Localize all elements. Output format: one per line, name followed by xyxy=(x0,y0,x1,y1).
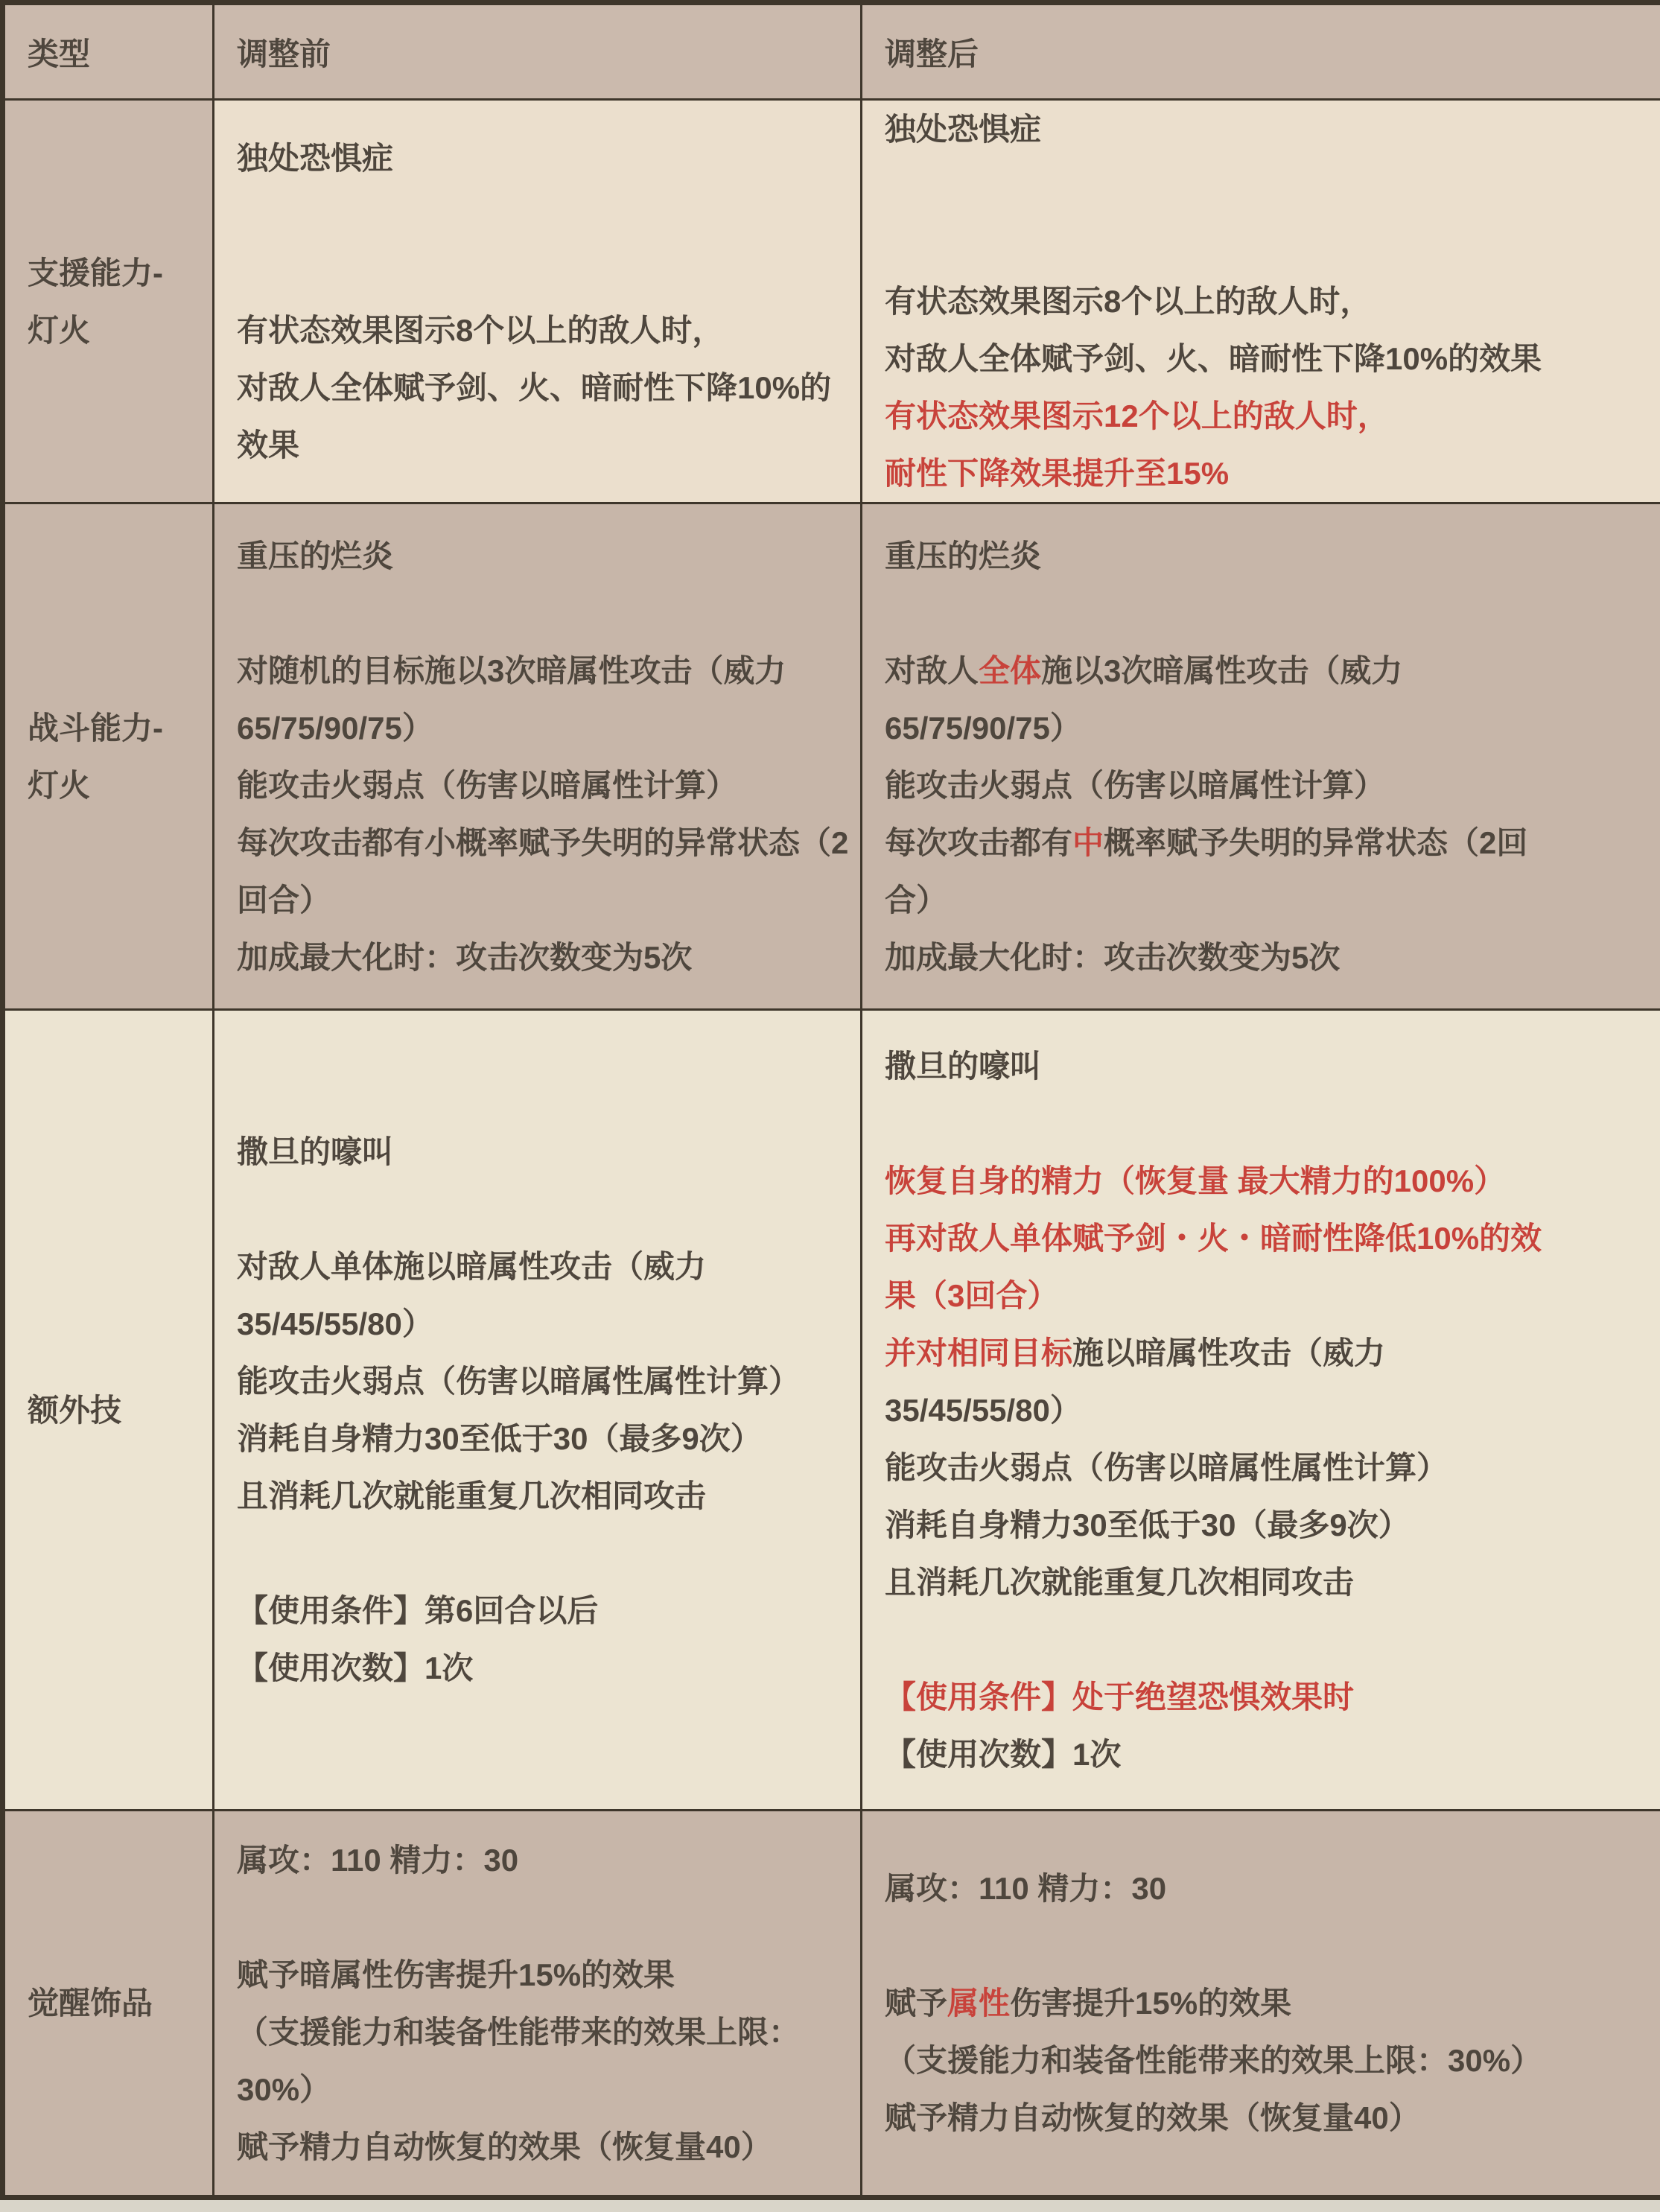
text-segment: （支援能力和装备性能带来的效果上限：30%） xyxy=(885,2043,1542,2078)
text-segment: 灯火 xyxy=(28,768,90,803)
text-segment: 撒旦的嚎叫 xyxy=(237,1134,393,1169)
text-segment: 35/45/55/80） xyxy=(885,1393,1081,1428)
text-line xyxy=(885,585,1645,642)
after-cell-awakening-accessory: 属攻：110 精力：30赋予属性伤害提升15%的效果（支援能力和装备性能带来的效… xyxy=(862,1811,1660,2198)
text-line: （支援能力和装备性能带来的效果上限：30%） xyxy=(885,2032,1645,2089)
text-line: 赋予精力自动恢复的效果（恢复量40） xyxy=(885,2089,1645,2146)
changed-text-segment: 全体 xyxy=(979,653,1041,688)
text-line: 效果 xyxy=(237,416,845,474)
text-segment: 重压的烂炎 xyxy=(237,538,393,573)
text-line: 独处恐惧症 xyxy=(237,130,845,187)
text-line: 【使用次数】1次 xyxy=(885,1726,1645,1783)
before-cell-extra-skill: 撒旦的嚎叫对敌人单体施以暗属性攻击（威力35/45/55/80）能攻击火弱点（伤… xyxy=(214,1010,862,1811)
text-segment: 赋予精力自动恢复的效果（恢复量40） xyxy=(885,2100,1420,2135)
text-line: 撒旦的嚎叫 xyxy=(237,1123,845,1180)
text-line xyxy=(885,1611,1645,1668)
column-header-type: 类型 xyxy=(3,3,214,100)
text-segment: 独处恐惧症 xyxy=(237,141,393,176)
text-segment: 【使用条件】第6回合以后 xyxy=(237,1593,598,1628)
text-line: 【使用条件】处于绝望恐惧效果时 xyxy=(885,1668,1645,1726)
table-body: 支援能力-灯火独处恐惧症有状态效果图示8个以上的敌人时，对敌人全体赋予剑、火、暗… xyxy=(3,100,1660,2198)
text-segment: 合） xyxy=(885,883,947,918)
text-segment: 65/75/90/75） xyxy=(885,711,1081,746)
text-segment: 能攻击火弱点（伤害以暗属性属性计算） xyxy=(237,1364,800,1399)
text-segment: 对敌人全体赋予剑、火、暗耐性下降10%的 xyxy=(237,370,831,405)
changed-text-segment: 并对相同目标 xyxy=(885,1335,1072,1370)
text-line: 65/75/90/75） xyxy=(885,699,1645,757)
skill-adjustment-comparison-table: 类型 调整前 调整后 支援能力-灯火独处恐惧症有状态效果图示8个以上的敌人时，对… xyxy=(0,0,1660,2200)
text-line xyxy=(237,1180,845,1238)
text-line: 30%） xyxy=(237,2061,845,2118)
text-segment: 回合） xyxy=(237,883,331,918)
changed-text-segment: 属性 xyxy=(947,1986,1010,2021)
text-line: 有状态效果图示8个以上的敌人时， xyxy=(885,273,1645,330)
text-line: 【使用次数】1次 xyxy=(237,1639,845,1697)
row-type-label-extra-skill: 额外技 xyxy=(3,1010,214,1811)
text-segment: 效果 xyxy=(237,428,299,463)
text-line xyxy=(237,1889,845,1946)
text-line: 有状态效果图示12个以上的敌人时， xyxy=(885,387,1645,445)
text-segment: 能攻击火弱点（伤害以暗属性属性计算） xyxy=(885,1450,1448,1485)
text-segment: 伤害提升15%的效果 xyxy=(1010,1986,1291,2021)
text-line: 每次攻击都有小概率赋予失明的异常状态（2 xyxy=(237,814,845,871)
changed-text-segment: 耐性下降效果提升至15% xyxy=(885,456,1229,491)
text-line: 支援能力- xyxy=(28,244,197,302)
text-segment: 每次攻击都有 xyxy=(885,825,1072,860)
text-line: 每次攻击都有中概率赋予失明的异常状态（2回 xyxy=(885,814,1645,871)
text-line: 消耗自身精力30至低于30（最多9次） xyxy=(237,1410,845,1467)
text-line: 属攻：110 精力：30 xyxy=(237,1831,845,1889)
text-segment: 30%） xyxy=(237,2072,331,2107)
changed-text-segment: 【使用条件】处于绝望恐惧效果时 xyxy=(885,1679,1354,1714)
text-line: 消耗自身精力30至低于30（最多9次） xyxy=(885,1496,1645,1554)
text-line xyxy=(237,585,845,642)
text-segment: 消耗自身精力30至低于30（最多9次） xyxy=(237,1421,762,1456)
text-segment: 灯火 xyxy=(28,313,90,348)
text-segment: 概率赋予失明的异常状态（2回 xyxy=(1104,825,1527,860)
row-type-label-battle-ability-lamp: 战斗能力-灯火 xyxy=(3,503,214,1010)
after-cell-extra-skill: 撒旦的嚎叫恢复自身的精力（恢复量 最大精力的100%）再对敌人单体赋予剑・火・暗… xyxy=(862,1010,1660,1811)
text-segment: 赋予暗属性伤害提升15%的效果 xyxy=(237,1957,675,1992)
text-segment: 加成最大化时：攻击次数变为5次 xyxy=(885,940,1340,975)
text-line: 加成最大化时：攻击次数变为5次 xyxy=(237,929,845,986)
header-row: 类型 调整前 调整后 xyxy=(3,3,1660,100)
table-row-battle-ability-lamp: 战斗能力-灯火重压的烂炎对随机的目标施以3次暗属性攻击（威力65/75/90/7… xyxy=(3,503,1660,1010)
text-line: 能攻击火弱点（伤害以暗属性计算） xyxy=(885,757,1645,814)
text-segment: 且消耗几次就能重复几次相同攻击 xyxy=(237,1478,706,1513)
text-segment: 属攻：110 精力：30 xyxy=(237,1843,518,1878)
after-cell-support-ability-lamp: 独处恐惧症有状态效果图示8个以上的敌人时，对敌人全体赋予剑、火、暗耐性下降10%… xyxy=(862,100,1660,503)
text-segment: 对敌人全体赋予剑、火、暗耐性下降10%的效果 xyxy=(885,341,1542,376)
text-line: 赋予属性伤害提升15%的效果 xyxy=(885,1974,1645,2032)
table-row-extra-skill: 额外技撒旦的嚎叫对敌人单体施以暗属性攻击（威力35/45/55/80）能攻击火弱… xyxy=(3,1010,1660,1811)
before-cell-battle-ability-lamp: 重压的烂炎对随机的目标施以3次暗属性攻击（威力65/75/90/75）能攻击火弱… xyxy=(214,503,862,1010)
text-line xyxy=(237,1525,845,1582)
text-line xyxy=(237,244,845,302)
text-line: 重压的烂炎 xyxy=(885,527,1645,585)
text-segment: 赋予 xyxy=(885,1986,947,2021)
text-line: 灯火 xyxy=(28,757,197,814)
text-line: 【使用条件】第6回合以后 xyxy=(237,1582,845,1639)
text-line: 对敌人全体赋予剑、火、暗耐性下降10%的效果 xyxy=(885,330,1645,387)
text-segment: 对敌人 xyxy=(885,653,979,688)
changed-text-segment: 果（3回合） xyxy=(885,1278,1058,1313)
text-line xyxy=(885,215,1645,273)
after-cell-battle-ability-lamp: 重压的烂炎对敌人全体施以3次暗属性攻击（威力65/75/90/75）能攻击火弱点… xyxy=(862,503,1660,1010)
text-segment: 重压的烂炎 xyxy=(885,538,1041,573)
text-line: 对随机的目标施以3次暗属性攻击（威力 xyxy=(237,642,845,699)
text-line: 且消耗几次就能重复几次相同攻击 xyxy=(885,1554,1645,1611)
text-segment: 属攻：110 精力：30 xyxy=(885,1871,1166,1906)
text-line: 且消耗几次就能重复几次相同攻击 xyxy=(237,1467,845,1525)
text-line: 对敌人全体赋予剑、火、暗耐性下降10%的 xyxy=(237,359,845,416)
text-line: 灯火 xyxy=(28,302,197,359)
text-line: 能攻击火弱点（伤害以暗属性属性计算） xyxy=(237,1353,845,1410)
text-segment: 【使用次数】1次 xyxy=(237,1650,473,1685)
text-segment: 能攻击火弱点（伤害以暗属性计算） xyxy=(885,768,1385,803)
text-segment: 觉醒饰品 xyxy=(28,1986,153,2021)
text-line: 战斗能力- xyxy=(28,699,197,757)
text-segment: 消耗自身精力30至低于30（最多9次） xyxy=(885,1507,1410,1542)
text-segment: 支援能力- xyxy=(28,255,163,290)
table-row-support-ability-lamp: 支援能力-灯火独处恐惧症有状态效果图示8个以上的敌人时，对敌人全体赋予剑、火、暗… xyxy=(3,100,1660,503)
text-line: 回合） xyxy=(237,871,845,929)
text-line: 加成最大化时：攻击次数变为5次 xyxy=(885,929,1645,986)
text-line xyxy=(885,1917,1645,1974)
text-line: 35/45/55/80） xyxy=(885,1382,1645,1439)
column-header-after: 调整后 xyxy=(862,3,1660,100)
text-segment: 每次攻击都有小概率赋予失明的异常状态（2 xyxy=(237,825,848,860)
text-line: 重压的烂炎 xyxy=(237,527,845,585)
text-segment: 撒旦的嚎叫 xyxy=(885,1049,1041,1084)
text-segment: 加成最大化时：攻击次数变为5次 xyxy=(237,940,692,975)
text-line: 耐性下降效果提升至15% xyxy=(885,445,1645,502)
text-segment: 独处恐惧症 xyxy=(885,112,1041,147)
text-line: 对敌人全体施以3次暗属性攻击（威力 xyxy=(885,642,1645,699)
text-line: 赋予暗属性伤害提升15%的效果 xyxy=(237,1946,845,2003)
text-segment: 35/45/55/80） xyxy=(237,1306,433,1341)
changed-text-segment: 中 xyxy=(1072,825,1104,860)
text-segment: 有状态效果图示8个以上的敌人时， xyxy=(885,284,1371,319)
text-line: 果（3回合） xyxy=(885,1267,1645,1324)
text-segment: 对敌人单体施以暗属性攻击（威力 xyxy=(237,1249,706,1284)
row-type-label-support-ability-lamp: 支援能力-灯火 xyxy=(3,100,214,503)
text-line: 65/75/90/75） xyxy=(237,699,845,757)
text-line: 合） xyxy=(885,871,1645,929)
changed-text-segment: 再对敌人单体赋予剑・火・暗耐性降低10%的效 xyxy=(885,1221,1542,1256)
column-header-before: 调整前 xyxy=(214,3,862,100)
text-segment: 战斗能力- xyxy=(28,711,163,746)
text-segment: 施以暗属性攻击（威力 xyxy=(1072,1335,1385,1370)
text-line: 能攻击火弱点（伤害以暗属性属性计算） xyxy=(885,1439,1645,1496)
text-line: 属攻：110 精力：30 xyxy=(885,1860,1645,1917)
text-segment: 且消耗几次就能重复几次相同攻击 xyxy=(885,1565,1354,1600)
text-line: 额外技 xyxy=(28,1382,197,1439)
changed-text-segment: 恢复自身的精力（恢复量 最大精力的100%） xyxy=(885,1163,1505,1198)
text-line: 再对敌人单体赋予剑・火・暗耐性降低10%的效 xyxy=(885,1210,1645,1267)
text-segment: 对随机的目标施以3次暗属性攻击（威力 xyxy=(237,653,786,688)
text-segment: 赋予精力自动恢复的效果（恢复量40） xyxy=(237,2129,772,2164)
table-row-awakening-accessory: 觉醒饰品属攻：110 精力：30赋予暗属性伤害提升15%的效果（支援能力和装备性… xyxy=(3,1811,1660,2198)
text-segment: 额外技 xyxy=(28,1393,121,1428)
before-cell-support-ability-lamp: 独处恐惧症有状态效果图示8个以上的敌人时，对敌人全体赋予剑、火、暗耐性下降10%… xyxy=(214,100,862,503)
text-line: 35/45/55/80） xyxy=(237,1295,845,1353)
text-segment: 65/75/90/75） xyxy=(237,711,433,746)
text-segment: （支援能力和装备性能带来的效果上限： xyxy=(237,2015,800,2050)
changed-text-segment: 有状态效果图示12个以上的敌人时， xyxy=(885,398,1389,433)
text-line xyxy=(885,158,1645,215)
text-line: 独处恐惧症 xyxy=(885,101,1645,158)
text-line: 赋予精力自动恢复的效果（恢复量40） xyxy=(237,2118,845,2176)
text-line: 能攻击火弱点（伤害以暗属性计算） xyxy=(237,757,845,814)
text-line: （支援能力和装备性能带来的效果上限： xyxy=(237,2003,845,2061)
text-line: 有状态效果图示8个以上的敌人时， xyxy=(237,302,845,359)
text-line: 觉醒饰品 xyxy=(28,1974,197,2032)
text-segment: 能攻击火弱点（伤害以暗属性计算） xyxy=(237,768,737,803)
text-line xyxy=(885,1095,1645,1152)
before-cell-awakening-accessory: 属攻：110 精力：30赋予暗属性伤害提升15%的效果（支援能力和装备性能带来的… xyxy=(214,1811,862,2198)
text-line xyxy=(237,187,845,244)
text-line: 恢复自身的精力（恢复量 最大精力的100%） xyxy=(885,1152,1645,1210)
text-line: 撒旦的嚎叫 xyxy=(885,1037,1645,1095)
text-segment: 有状态效果图示8个以上的敌人时， xyxy=(237,313,723,348)
row-type-label-awakening-accessory: 觉醒饰品 xyxy=(3,1811,214,2198)
text-line: 并对相同目标施以暗属性攻击（威力 xyxy=(885,1324,1645,1382)
text-line: 对敌人单体施以暗属性攻击（威力 xyxy=(237,1238,845,1295)
text-segment: 施以3次暗属性攻击（威力 xyxy=(1041,653,1402,688)
text-segment: 【使用次数】1次 xyxy=(885,1737,1121,1772)
